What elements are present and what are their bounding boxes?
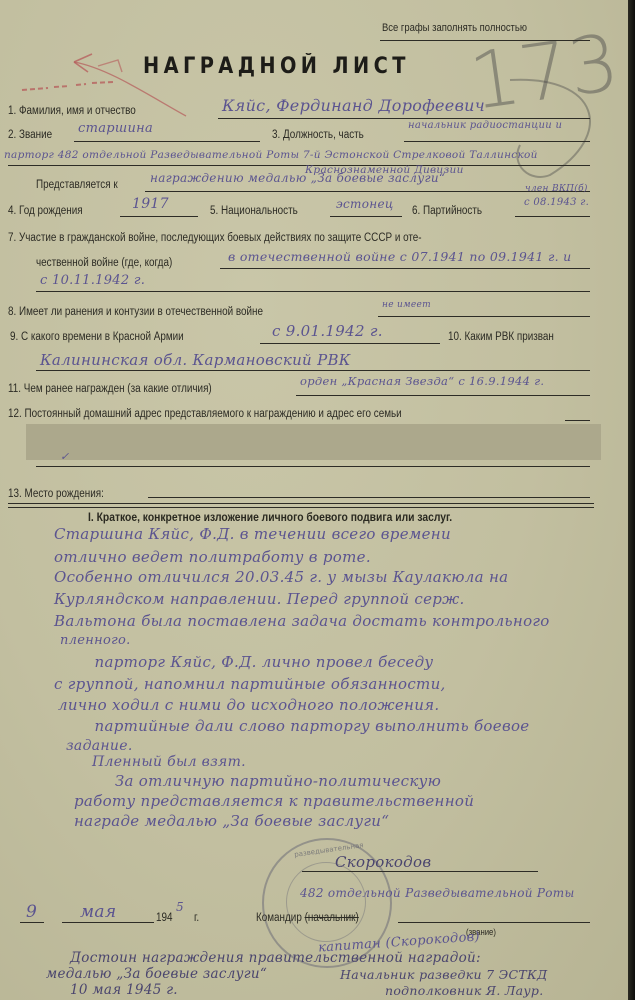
commander-rank-line xyxy=(398,922,590,923)
field-8-value: не имеет xyxy=(382,300,431,310)
binding-edge xyxy=(628,0,635,1000)
field-13-label: 13. Место рождения: xyxy=(8,488,104,500)
presented-value: награждению медалью „За боевые заслуги“ xyxy=(150,171,445,185)
commander-signature: Скорокодов xyxy=(335,853,431,871)
field-10-value: Калининская обл. Кармановский РВК xyxy=(40,351,351,369)
award-sheet-page: 173 Все графы заполнять полностью НАГРАД… xyxy=(0,0,628,1000)
field-3-value-line2: парторг 482 отдельной Разведывательной Р… xyxy=(4,149,538,161)
field-3-value: начальник радиостанции и xyxy=(408,120,562,131)
endorsement-signer-name: подполковник Я. Лаур. xyxy=(385,983,543,998)
field-6-label: 6. Партийность xyxy=(412,205,482,217)
field-9-label: 9. С какого времени в Красной Армии xyxy=(10,331,184,343)
section-1-heading: I. Краткое, конкретное изложение личного… xyxy=(88,510,452,524)
field-8-label: 8. Имеет ли ранения и контузии в отечест… xyxy=(8,306,263,318)
field-7-label-line2: чественной войне (где, когда) xyxy=(36,257,172,269)
field-9-line xyxy=(260,343,440,344)
section-divider xyxy=(8,503,594,508)
date-year-suffix: 5 xyxy=(176,900,184,914)
field-12-line-end xyxy=(565,420,590,421)
page-title: НАГРАДНОЙ ЛИСТ xyxy=(143,54,410,79)
merit-line: награде медалью „За боевые заслуги“ xyxy=(74,812,389,830)
merit-line: лично ходил с ними до исходного положени… xyxy=(58,696,439,714)
redacted-address-block xyxy=(26,424,601,460)
stamp-emblem xyxy=(286,862,366,942)
field-6-value-top: член ВКП(б) xyxy=(525,184,588,194)
merit-line: парторг Кяйс, Ф.Д. лично провел беседу xyxy=(54,653,433,671)
merit-line: За отличную партийно-политическую xyxy=(54,772,441,790)
commander-label: Командир (начальник) xyxy=(256,912,359,924)
field-3-line xyxy=(404,141,590,142)
field-5-line xyxy=(330,216,402,217)
field-11-label: 11. Чем ранее награжден (за какие отличи… xyxy=(8,383,212,395)
field-9-value: с 9.01.1942 г. xyxy=(272,322,383,340)
merit-line: Вальтона была поставлена задача достать … xyxy=(54,612,550,630)
field-11-value: орден „Красная Звезда“ с 16.9.1944 г. xyxy=(300,374,544,388)
endorsement-date: 10 мая 1945 г. xyxy=(70,982,178,998)
merit-line: Курляндском направлении. Перед группой с… xyxy=(54,590,465,608)
presented-label: Представляется к xyxy=(36,179,118,191)
date-year-prefix: 194 xyxy=(156,912,173,924)
date-day-line xyxy=(20,922,44,923)
endorsement-line-2: медалью „За боевые заслуги“ xyxy=(46,966,267,982)
commander-signature-line xyxy=(302,871,538,872)
field-1-value: Кяйс, Фердинанд Дорофеевич xyxy=(222,96,485,115)
date-month-line xyxy=(62,922,154,923)
date-month: мая xyxy=(80,902,116,922)
commander-label-struck: (начальник) xyxy=(305,912,359,924)
field-2-line xyxy=(74,141,260,142)
field-10-line xyxy=(36,370,590,371)
endorsement-signer-title: Начальник разведки 7 ЭСТКД xyxy=(340,967,547,982)
field-7-label-line1: 7. Участие в гражданской войне, последую… xyxy=(8,232,422,244)
field-12-label: 12. Постоянный домашний адрес представля… xyxy=(8,408,402,420)
merit-line: пленного. xyxy=(60,633,131,648)
field-6-value: с 08.1943 г. xyxy=(524,197,589,208)
merit-line: Пленный был взят. xyxy=(54,754,246,770)
merit-line: работу представляется к правительственно… xyxy=(74,792,474,810)
merit-line: Старшина Кяйс, Ф.Д. в течении всего врем… xyxy=(54,525,451,543)
field-7-line2 xyxy=(36,291,590,292)
field-4-value: 1917 xyxy=(132,196,169,212)
field-4-label: 4. Год рождения xyxy=(8,205,83,217)
top-note: Все графы заполнять полностью xyxy=(382,22,527,34)
field-2-value: старшина xyxy=(78,121,153,136)
date-g: г. xyxy=(194,912,199,924)
field-5-label: 5. Национальность xyxy=(210,205,298,217)
field-11-line xyxy=(296,395,590,396)
endorsement-line-1: Достоин награждения правительственной на… xyxy=(70,950,481,966)
field-12-line2 xyxy=(36,466,590,467)
field-7-line1 xyxy=(220,268,590,269)
presented-line xyxy=(145,191,590,192)
commander-unit: 482 отдельной Разведывательной Роты xyxy=(300,886,575,900)
field-10-label: 10. Каким РВК призван xyxy=(448,331,554,343)
merit-line: Особенно отличился 20.03.45 г. у мызы Ка… xyxy=(54,568,508,586)
top-note-underline xyxy=(380,40,590,41)
field-7-value-line1: в отечественной войне с 07.1941 по 09.19… xyxy=(228,249,571,264)
field-3-line2 xyxy=(8,165,590,166)
merit-line: партийные дали слово парторгу выполнить … xyxy=(54,717,529,735)
commander-label-text: Командир xyxy=(256,912,302,924)
check-mark: ✓ xyxy=(60,450,70,463)
merit-line: задание. xyxy=(66,738,133,754)
merit-line: с группой, напомнил партийные обязанност… xyxy=(54,675,446,693)
field-4-line xyxy=(120,216,198,217)
field-8-line xyxy=(378,316,590,317)
field-3-label: 3. Должность, часть xyxy=(272,129,364,141)
field-5-value: эстонец xyxy=(336,197,394,211)
field-1-label: 1. Фамилия, имя и отчество xyxy=(8,105,136,117)
field-6-line xyxy=(515,216,590,217)
field-13-line xyxy=(148,497,590,498)
field-7-value-line2: с 10.11.1942 г. xyxy=(40,273,145,288)
field-2-label: 2. Звание xyxy=(8,129,52,141)
merit-line: отлично ведет политработу в роте. xyxy=(54,548,371,566)
date-day: 9 xyxy=(26,902,37,922)
